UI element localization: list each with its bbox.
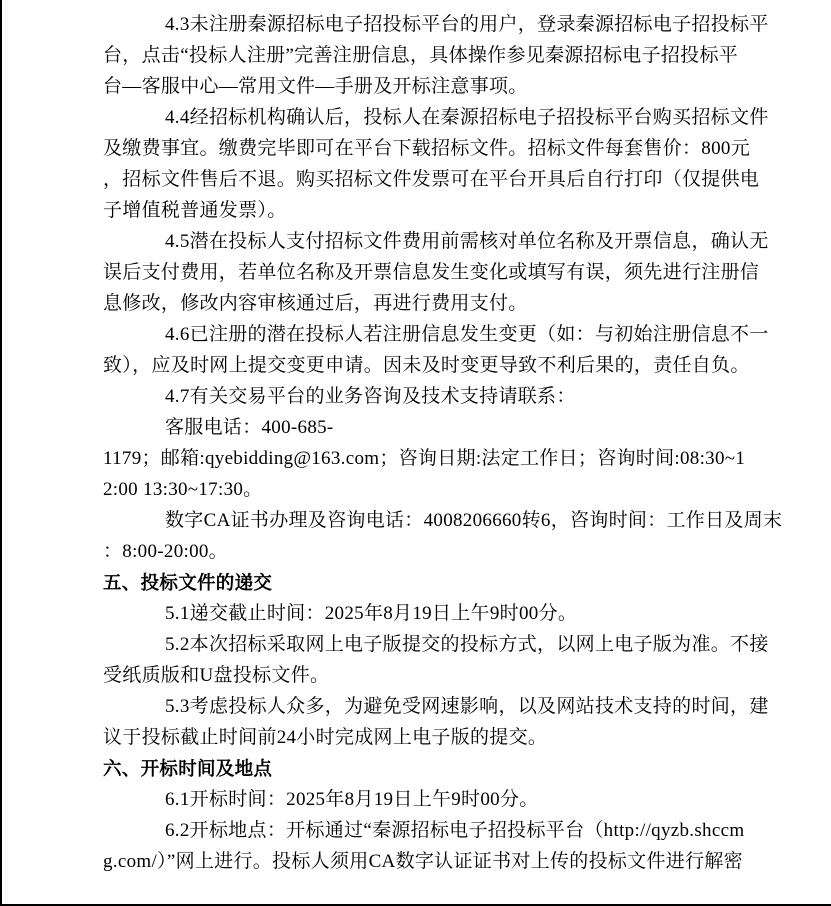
document-line: 议于投标截止时间前24小时完成网上电子版的提交。 [103,722,831,753]
document-line: 受纸质版和U盘投标文件。 [103,660,831,691]
document-line: 台，点击“投标人注册”完善注册信息，具体操作参见秦源招标电子招投标平 [103,40,831,71]
document-line: 误后支付费用，若单位名称及开票信息发生变化或填写有误，须先进行注册信 [103,257,831,288]
document-line: 4.6已注册的潜在投标人若注册信息发生变更（如：与初始注册信息不一 [103,319,831,350]
document-line: 数字CA证书办理及咨询电话：4008206660转6，咨询时间：工作日及周末 [103,505,831,536]
document-line: 5.1递交截止时间：2025年8月19日上午9时00分。 [103,598,831,629]
section-heading: 五、投标文件的递交 [103,567,831,598]
document-line: 子增值税普通发票）。 [103,195,831,226]
document-lines: 4.3未注册秦源招标电子招投标平台的用户，登录秦源招标电子招投标平台，点击“投标… [2,0,831,877]
document-line: 5.3考虑投标人众多，为避免受网速影响，以及网站技术支持的时间，建 [103,691,831,722]
document-line: g.com/）”网上进行。投标人须用CA数字认证证书对上传的投标文件进行解密 [103,846,831,877]
document-line: 致），应及时网上提交变更申请。因未及时变更导致不利后果的，责任自负。 [103,350,831,381]
document-line: 6.2开标地点：开标通过“秦源招标电子招投标平台（http://qyzb.shc… [103,815,831,846]
document-line: 台—客服中心—常用文件—手册及开标注意事项。 [103,71,831,102]
document-page: 4.3未注册秦源招标电子招投标平台的用户，登录秦源招标电子招投标平台，点击“投标… [0,0,831,906]
document-line: ，招标文件售后不退。购买招标文件发票可在平台开具后自行打印（仅提供电 [103,164,831,195]
section-heading: 六、开标时间及地点 [103,753,831,784]
document-line: 5.2本次招标采取网上电子版提交的投标方式，以网上电子版为准。不接 [103,629,831,660]
document-line: 4.4经招标机构确认后，投标人在秦源招标电子招投标平台购买招标文件 [103,102,831,133]
document-line: 及缴费事宜。缴费完毕即可在平台下载招标文件。招标文件每套售价：800元 [103,133,831,164]
document-line: 息修改，修改内容审核通过后，再进行费用支付。 [103,288,831,319]
document-line: ：8:00-20:00。 [103,536,831,567]
document-line: 4.7有关交易平台的业务咨询及技术支持请联系： [103,381,831,412]
document-line: 2:00 13:30~17:30。 [103,474,831,505]
document-line: 客服电话：400-685- [103,412,831,443]
document-line: 4.3未注册秦源招标电子招投标平台的用户，登录秦源招标电子招投标平 [103,9,831,40]
document-line: 4.5潜在投标人支付招标文件费用前需核对单位名称及开票信息，确认无 [103,226,831,257]
document-line: 6.1开标时间：2025年8月19日上午9时00分。 [103,784,831,815]
document-line: 1179；邮箱:qyebidding@163.com；咨询日期:法定工作日；咨询… [103,443,831,474]
